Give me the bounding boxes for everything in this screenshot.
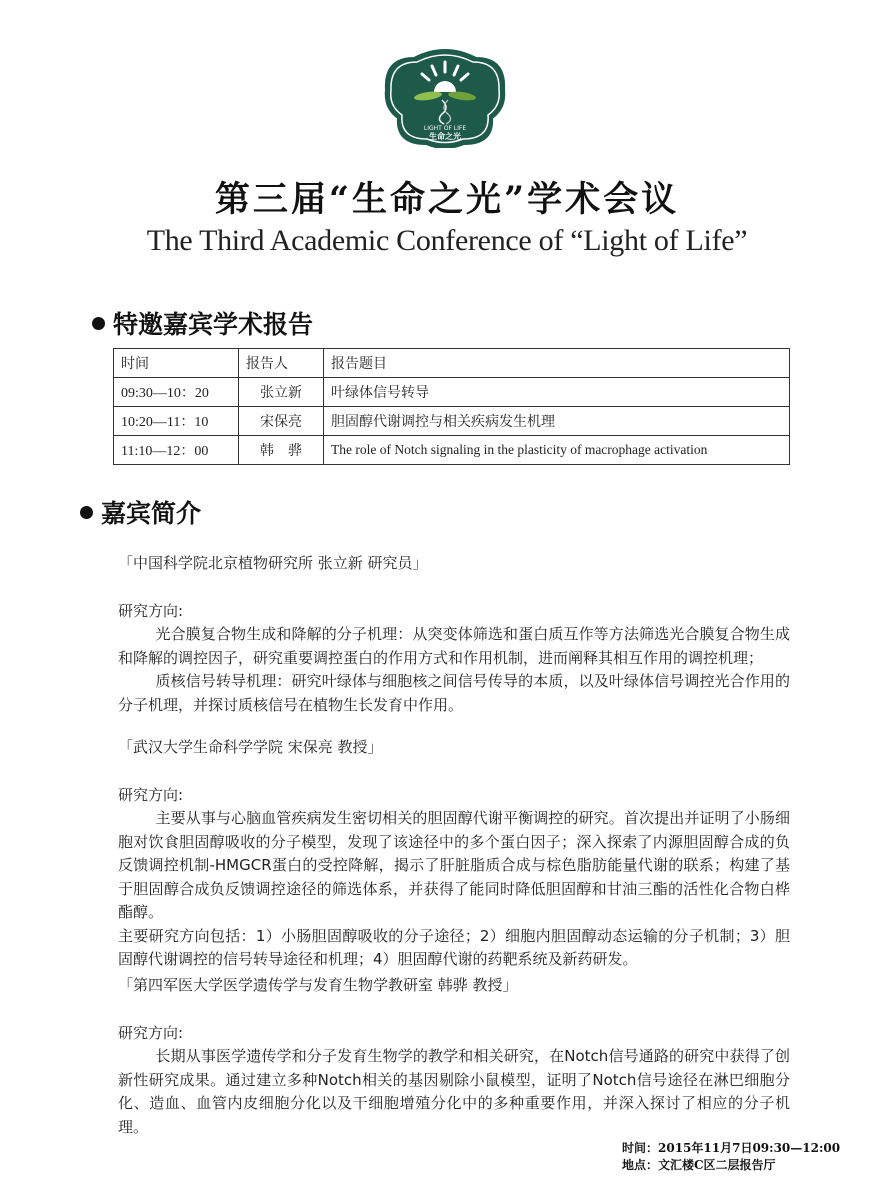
schedule-table: 时间 报告人 报告题目 09:30—10：20 张立新 叶绿体信号转导 10:2…: [113, 348, 790, 465]
logo-text-cn: 生命之光: [429, 131, 461, 141]
title-chinese: 第三届“生命之光”学术会议: [0, 172, 894, 222]
table-row: 09:30—10：20 张立新 叶绿体信号转导: [114, 378, 790, 407]
event-time: 时间：2015年11月7日09:30—12:00: [622, 1140, 840, 1157]
logo-text-en: LIGHT OF LIFE: [424, 125, 466, 132]
cell-speaker: 张立新: [239, 378, 324, 407]
table-header-row: 时间 报告人 报告题目: [114, 349, 790, 378]
table-row: 10:20—11：10 宋保亮 胆固醇代谢调控与相关疾病发生机理: [114, 407, 790, 436]
column-header-title: 报告题目: [324, 349, 790, 378]
bio-paragraph: 光合膜复合物生成和降解的分子机理：从突变体筛选和蛋白质互作等方法筛选光合膜复合物…: [118, 623, 790, 670]
bio-affiliation: 「第四军医大学医学遗传学与发育生物学教研室 韩骅 教授」: [118, 974, 790, 998]
bio-song-baoliang: 「武汉大学生命科学学院 宋保亮 教授」 研究方向: 主要从事与心脑血管疾病发生密…: [118, 736, 790, 972]
bio-paragraph: 主要从事与心脑血管疾病发生密切相关的胆固醇代谢平衡调控的研究。首次提出并证明了小…: [118, 807, 790, 925]
section-heading-talks-label: 特邀嘉宾学术报告: [113, 305, 313, 341]
section-heading-bios: 嘉宾简介: [80, 494, 201, 530]
cell-speaker: 宋保亮: [239, 407, 324, 436]
cell-time: 11:10—12：00: [114, 436, 239, 465]
bio-paragraph: 长期从事医学遗传学和分子发育生物学的教学和相关研究，在Notch信号通路的研究中…: [118, 1045, 790, 1139]
bio-affiliation: 「中国科学院北京植物研究所 张立新 研究员」: [118, 552, 790, 576]
bullet-icon: [80, 506, 93, 519]
cell-time: 09:30—10：20: [114, 378, 239, 407]
conference-logo: LIGHT OF LIFE 生命之光: [384, 48, 506, 148]
column-header-speaker: 报告人: [239, 349, 324, 378]
section-heading-bios-label: 嘉宾简介: [101, 494, 201, 530]
bio-extra: 主要研究方向包括：1）小肠胆固醇吸收的分子途径；2）细胞内胆固醇动态运输的分子机…: [118, 925, 790, 972]
light-of-life-logo-icon: LIGHT OF LIFE 生命之光: [384, 48, 506, 148]
section-heading-talks: 特邀嘉宾学术报告: [92, 305, 313, 341]
cell-title: 叶绿体信号转导: [324, 378, 790, 407]
event-location: 地点：文汇楼C区二层报告厅: [622, 1157, 840, 1174]
title-english: The Third Academic Conference of “Light …: [0, 224, 894, 258]
bio-affiliation: 「武汉大学生命科学学院 宋保亮 教授」: [118, 736, 790, 760]
bullet-icon: [92, 317, 105, 330]
bio-direction-label: 研究方向:: [118, 1022, 790, 1046]
table-row: 11:10—12：00 韩 骅 The role of Notch signal…: [114, 436, 790, 465]
event-info: 时间：2015年11月7日09:30—12:00 地点：文汇楼C区二层报告厅: [622, 1140, 840, 1174]
cell-time: 10:20—11：10: [114, 407, 239, 436]
bio-zhang-lixin: 「中国科学院北京植物研究所 张立新 研究员」 研究方向: 光合膜复合物生成和降解…: [118, 552, 790, 717]
bio-han-hua: 「第四军医大学医学遗传学与发育生物学教研室 韩骅 教授」 研究方向: 长期从事医…: [118, 974, 790, 1139]
column-header-time: 时间: [114, 349, 239, 378]
bio-paragraph: 质核信号转导机理：研究叶绿体与细胞核之间信号传导的本质，以及叶绿体信号调控光合作…: [118, 670, 790, 717]
bio-direction-label: 研究方向:: [118, 784, 790, 808]
cell-title: 胆固醇代谢调控与相关疾病发生机理: [324, 407, 790, 436]
cell-title: The role of Notch signaling in the plast…: [324, 436, 790, 465]
cell-speaker: 韩 骅: [239, 436, 324, 465]
bio-direction-label: 研究方向:: [118, 600, 790, 624]
